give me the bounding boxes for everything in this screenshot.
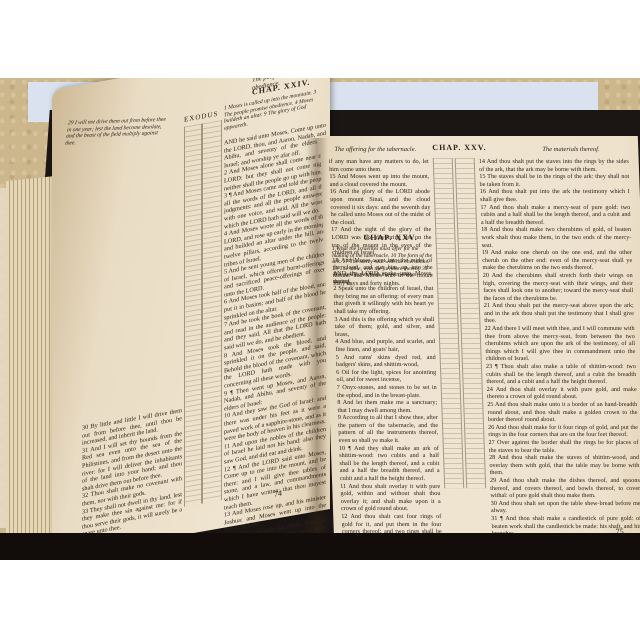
running-head-right: The materials thereof. [542,146,600,154]
right-page: The offering for the tabernacle. CHAP. X… [320,136,640,556]
previous-page-verse: 30 By little and little I will drive the… [82,407,182,539]
running-head-left: The offering for the tabernacle. [334,146,416,154]
book-gutter [306,138,328,558]
book-cover-edge [0,533,640,560]
cross-reference-column [184,124,202,507]
previous-page-verse: 29 I will not drive them out from before… [65,117,168,147]
chapter-heading: CHAP. XXV. [363,234,417,242]
cross-reference-column [202,120,222,504]
chapter-heading-top: CHAP. XXV. [432,144,486,152]
page-number: 74 [274,489,282,498]
chapter-25-second-column: 14 And thou shalt put the staves into th… [479,158,640,538]
chapter-25-text: AND the LORD spake unto Moses, saying, 2… [333,270,444,560]
photograph: 29 I will not drive them out from before… [0,78,640,560]
left-page: 29 I will not drive them out from before… [52,78,330,558]
